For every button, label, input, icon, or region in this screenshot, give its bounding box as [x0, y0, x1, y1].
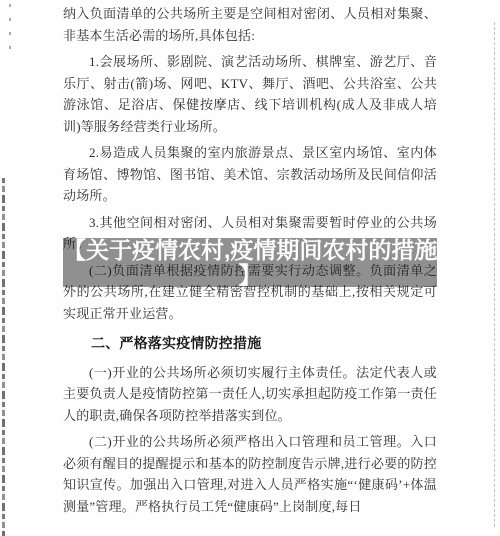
scanned-document-page: { "document": { "paragraphs": [ "纳入负面清单的… [0, 0, 500, 536]
list-item-2: 2.易造成人员集聚的室内旅游景点、景区室内场馆、室内体育场馆、博物馆、图书馆、美… [63, 142, 437, 207]
paragraph-measure-2: (二)开业的公共场所必须严格出入口管理和员工管理。入口必须有醒目的提醒提示和基本… [63, 431, 437, 517]
scan-artifact-left-edge [2, 178, 5, 536]
scan-artifact-left-top [9, 4, 11, 52]
list-item-1: 1.会展场所、影剧院、演艺活动场所、棋牌室、游艺厅、音乐厅、射击(箭)场、网吧、… [63, 51, 437, 137]
section-heading: 二、严格落实疫情防控措施 [63, 333, 437, 355]
scan-artifact-right-edge [494, 22, 495, 527]
title-overlay-banner: 【关于疫情农村,疫情期间农村的措施 】 [63, 238, 437, 287]
overlay-title-line2: 】 [63, 263, 437, 288]
paragraph-measure-1: (一)开业的公共场所必须切实履行主体责任。法定代表人或主要负责人是疫情防控第一责… [63, 362, 437, 427]
overlay-title-line1: 【关于疫情农村,疫情期间农村的措施 [63, 238, 437, 263]
paragraph-intro: 纳入负面清单的公共场所主要是空间相对密闭、人员相对集聚、非基本生活必需的场所,具… [63, 3, 437, 46]
